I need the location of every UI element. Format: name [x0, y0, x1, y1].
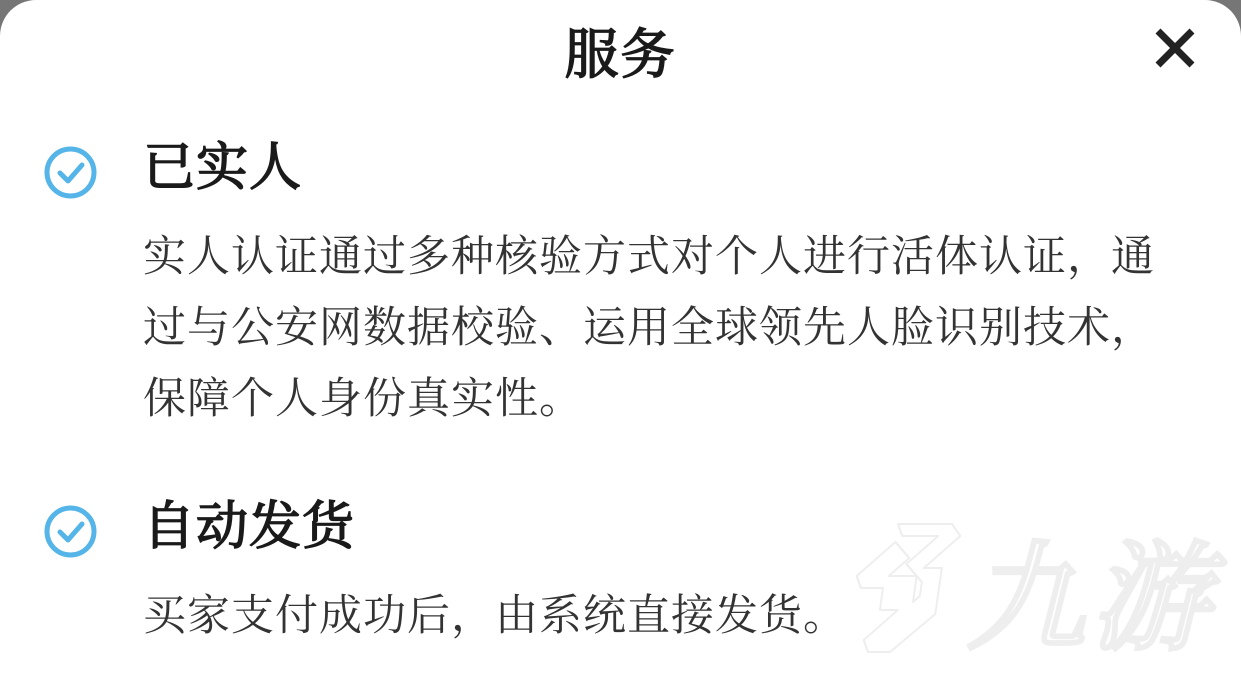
section-text: 自动发货 买家支付成功后，由系统直接发货。 — [143, 497, 1193, 652]
close-icon — [1151, 24, 1199, 72]
close-button[interactable] — [1151, 24, 1199, 72]
description-line: 实人认证通过多种核验方式对个人进行活体认证，通 — [143, 222, 1193, 293]
description-line: 保障个人身份真实性。 — [143, 364, 1193, 435]
section-heading: 自动发货 — [143, 497, 1193, 557]
section-description: 买家支付成功后，由系统直接发货。 — [143, 581, 1193, 652]
modal-header: 服务 — [0, 0, 1241, 86]
section-description: 实人认证通过多种核验方式对个人进行活体认证，通 过与公安网数据校验、运用全球领先… — [143, 222, 1193, 435]
section-heading: 已实人 — [143, 138, 1193, 198]
description-line: 买家支付成功后，由系统直接发货。 — [143, 581, 1193, 652]
section-text: 已实人 实人认证通过多种核验方式对个人进行活体认证，通 过与公安网数据校验、运用… — [143, 138, 1193, 435]
service-modal: 服务 已实人 实人认证通过多种核验方式对个人进行活体认证，通 过与公安网数据校验… — [0, 0, 1241, 683]
circle-checkmark-icon — [44, 146, 97, 199]
circle-checkmark-icon — [44, 505, 97, 558]
section-real-person-verified: 已实人 实人认证通过多种核验方式对个人进行活体认证，通 过与公安网数据校验、运用… — [0, 138, 1241, 435]
description-line: 过与公安网数据校验、运用全球领先人脸识别技术， — [143, 293, 1193, 364]
modal-title: 服务 — [0, 24, 1241, 86]
section-auto-delivery: 自动发货 买家支付成功后，由系统直接发货。 — [0, 497, 1241, 652]
